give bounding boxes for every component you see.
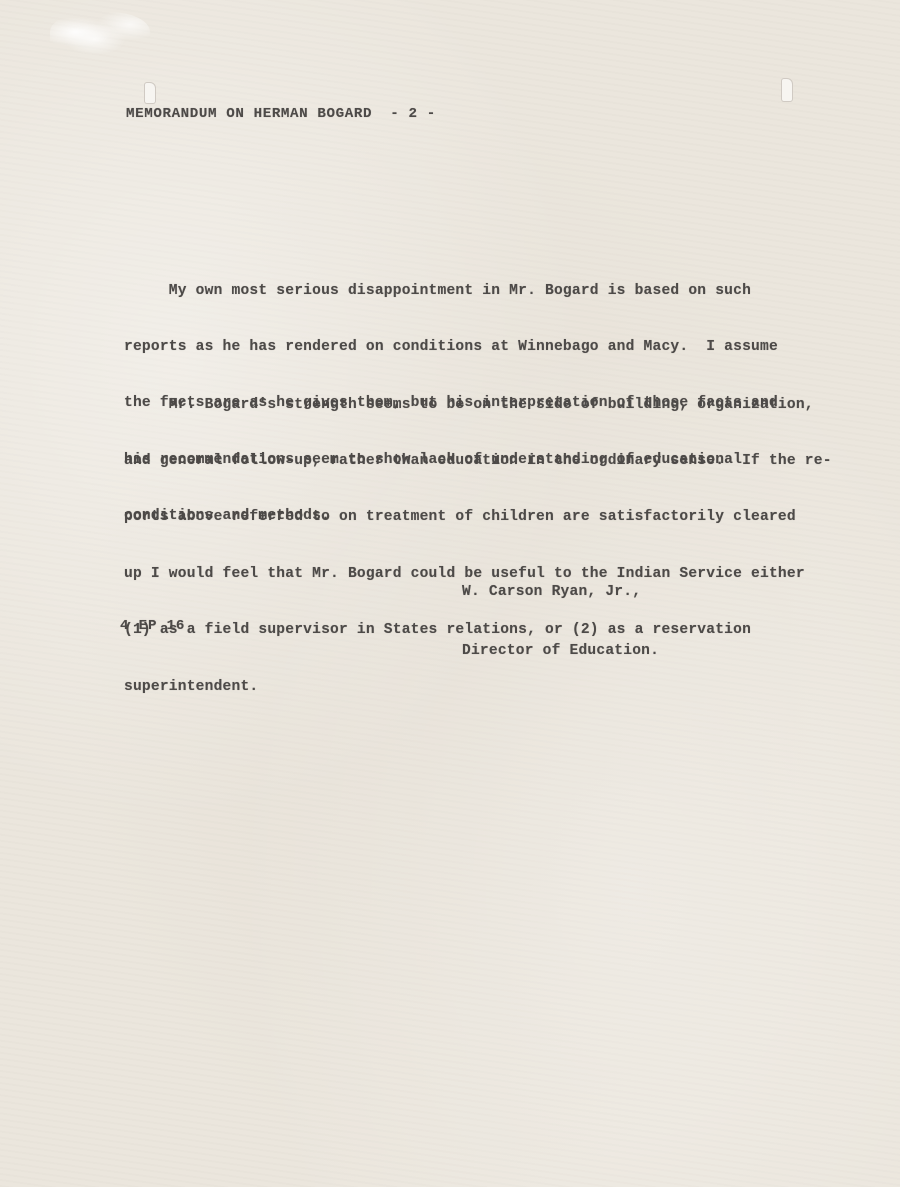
signatory-title: Director of Education. bbox=[462, 642, 659, 662]
signatory-name: W. Carson Ryan, Jr., bbox=[462, 583, 659, 603]
signature-block: W. Carson Ryan, Jr., Director of Educati… bbox=[462, 544, 659, 700]
paper-tear-mark bbox=[50, 12, 150, 62]
paragraph-line: and general follow-up, rather than educa… bbox=[124, 452, 832, 471]
document-page: MEMORANDUM ON HERMAN BOGARD - 2 - My own… bbox=[0, 0, 900, 1187]
paragraph-line: Mr. Bogard's strength seems to be on the… bbox=[124, 396, 832, 415]
date-stamp: 4 EP 16 bbox=[120, 618, 185, 634]
staple-hole-left bbox=[144, 82, 156, 104]
paragraph-line: ports above referred to on treatment of … bbox=[124, 508, 832, 527]
memo-header: MEMORANDUM ON HERMAN BOGARD - 2 - bbox=[126, 106, 436, 122]
paragraph-line: My own most serious disappointment in Mr… bbox=[124, 282, 778, 301]
staple-hole-right bbox=[781, 78, 793, 102]
paragraph-line: reports as he has rendered on conditions… bbox=[124, 338, 778, 357]
